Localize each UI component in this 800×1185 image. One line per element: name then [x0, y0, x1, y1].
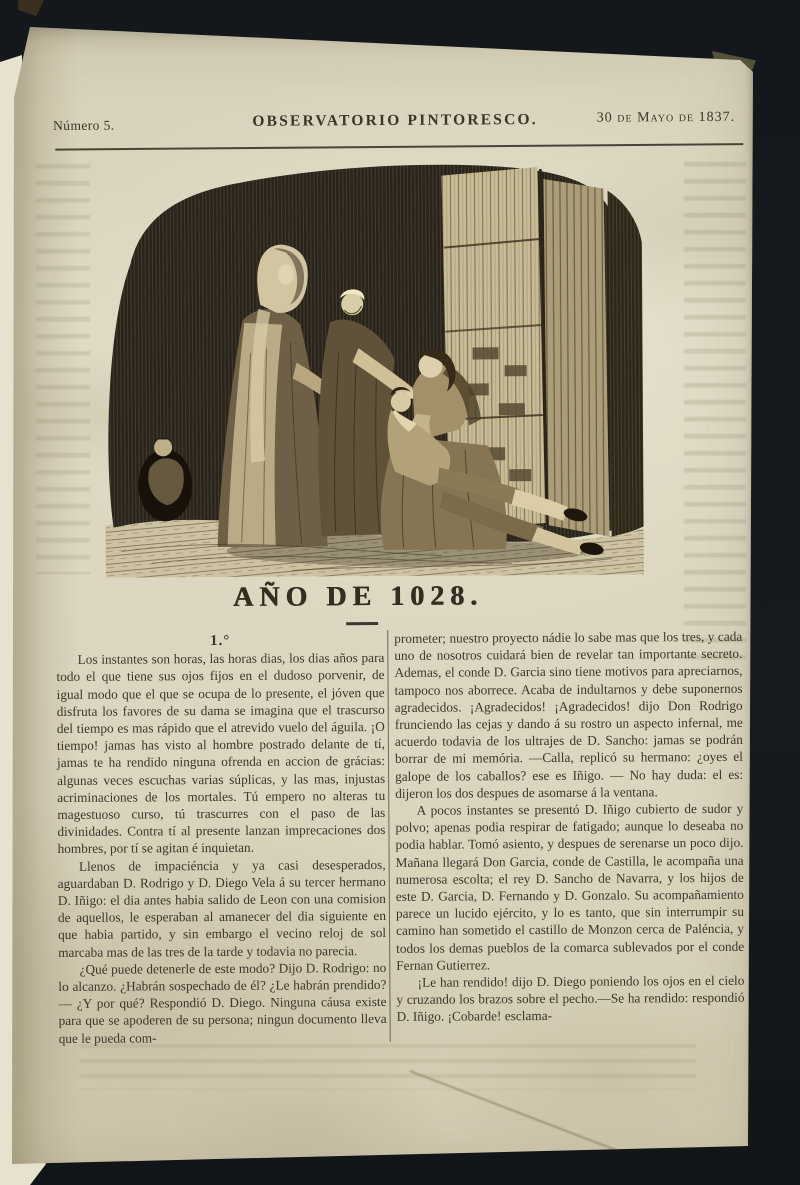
heading-rule [346, 622, 378, 625]
text-column-left: 1.° Los instantes son horas, las horas d… [56, 632, 387, 1047]
paragraph: Llenos de impaciéncia y ya casi desesper… [58, 856, 387, 961]
issue-number: Número 5. [53, 118, 114, 134]
paragraph: ¡Le han rendido! dijo D. Diego poniendo … [396, 972, 744, 1026]
issue-date: 30 de Mayo de 1837. [597, 110, 735, 127]
year-heading: AÑO DE 1028. [128, 579, 588, 616]
paragraph: Los instantes son horas, las horas dias,… [56, 649, 385, 857]
page: Número 5. OBSERVATORIO PINTORESCO. 30 de… [8, 24, 756, 1166]
printed-content: Número 5. OBSERVATORIO PINTORESCO. 30 de… [5, 22, 760, 1169]
book-cover-corner [18, 0, 44, 16]
scanned-book-photo: Número 5. OBSERVATORIO PINTORESCO. 30 de… [0, 0, 800, 1185]
masthead-title: OBSERVATORIO PINTORESCO. [195, 111, 595, 131]
paragraph: A pocos instantes se presentó D. Iñigo c… [395, 800, 744, 974]
section-number: 1.° [56, 632, 384, 651]
engraving-illustration [89, 150, 662, 579]
paragraph: prometer; nuestro proyecto nádie lo sabe… [394, 628, 743, 802]
column-divider-rule [387, 630, 391, 1042]
paragraph: ¿Qué puede detenerle de este modo? Dijo … [58, 959, 387, 1047]
text-column-right: prometer; nuestro proyecto nádie lo sabe… [394, 628, 744, 1026]
